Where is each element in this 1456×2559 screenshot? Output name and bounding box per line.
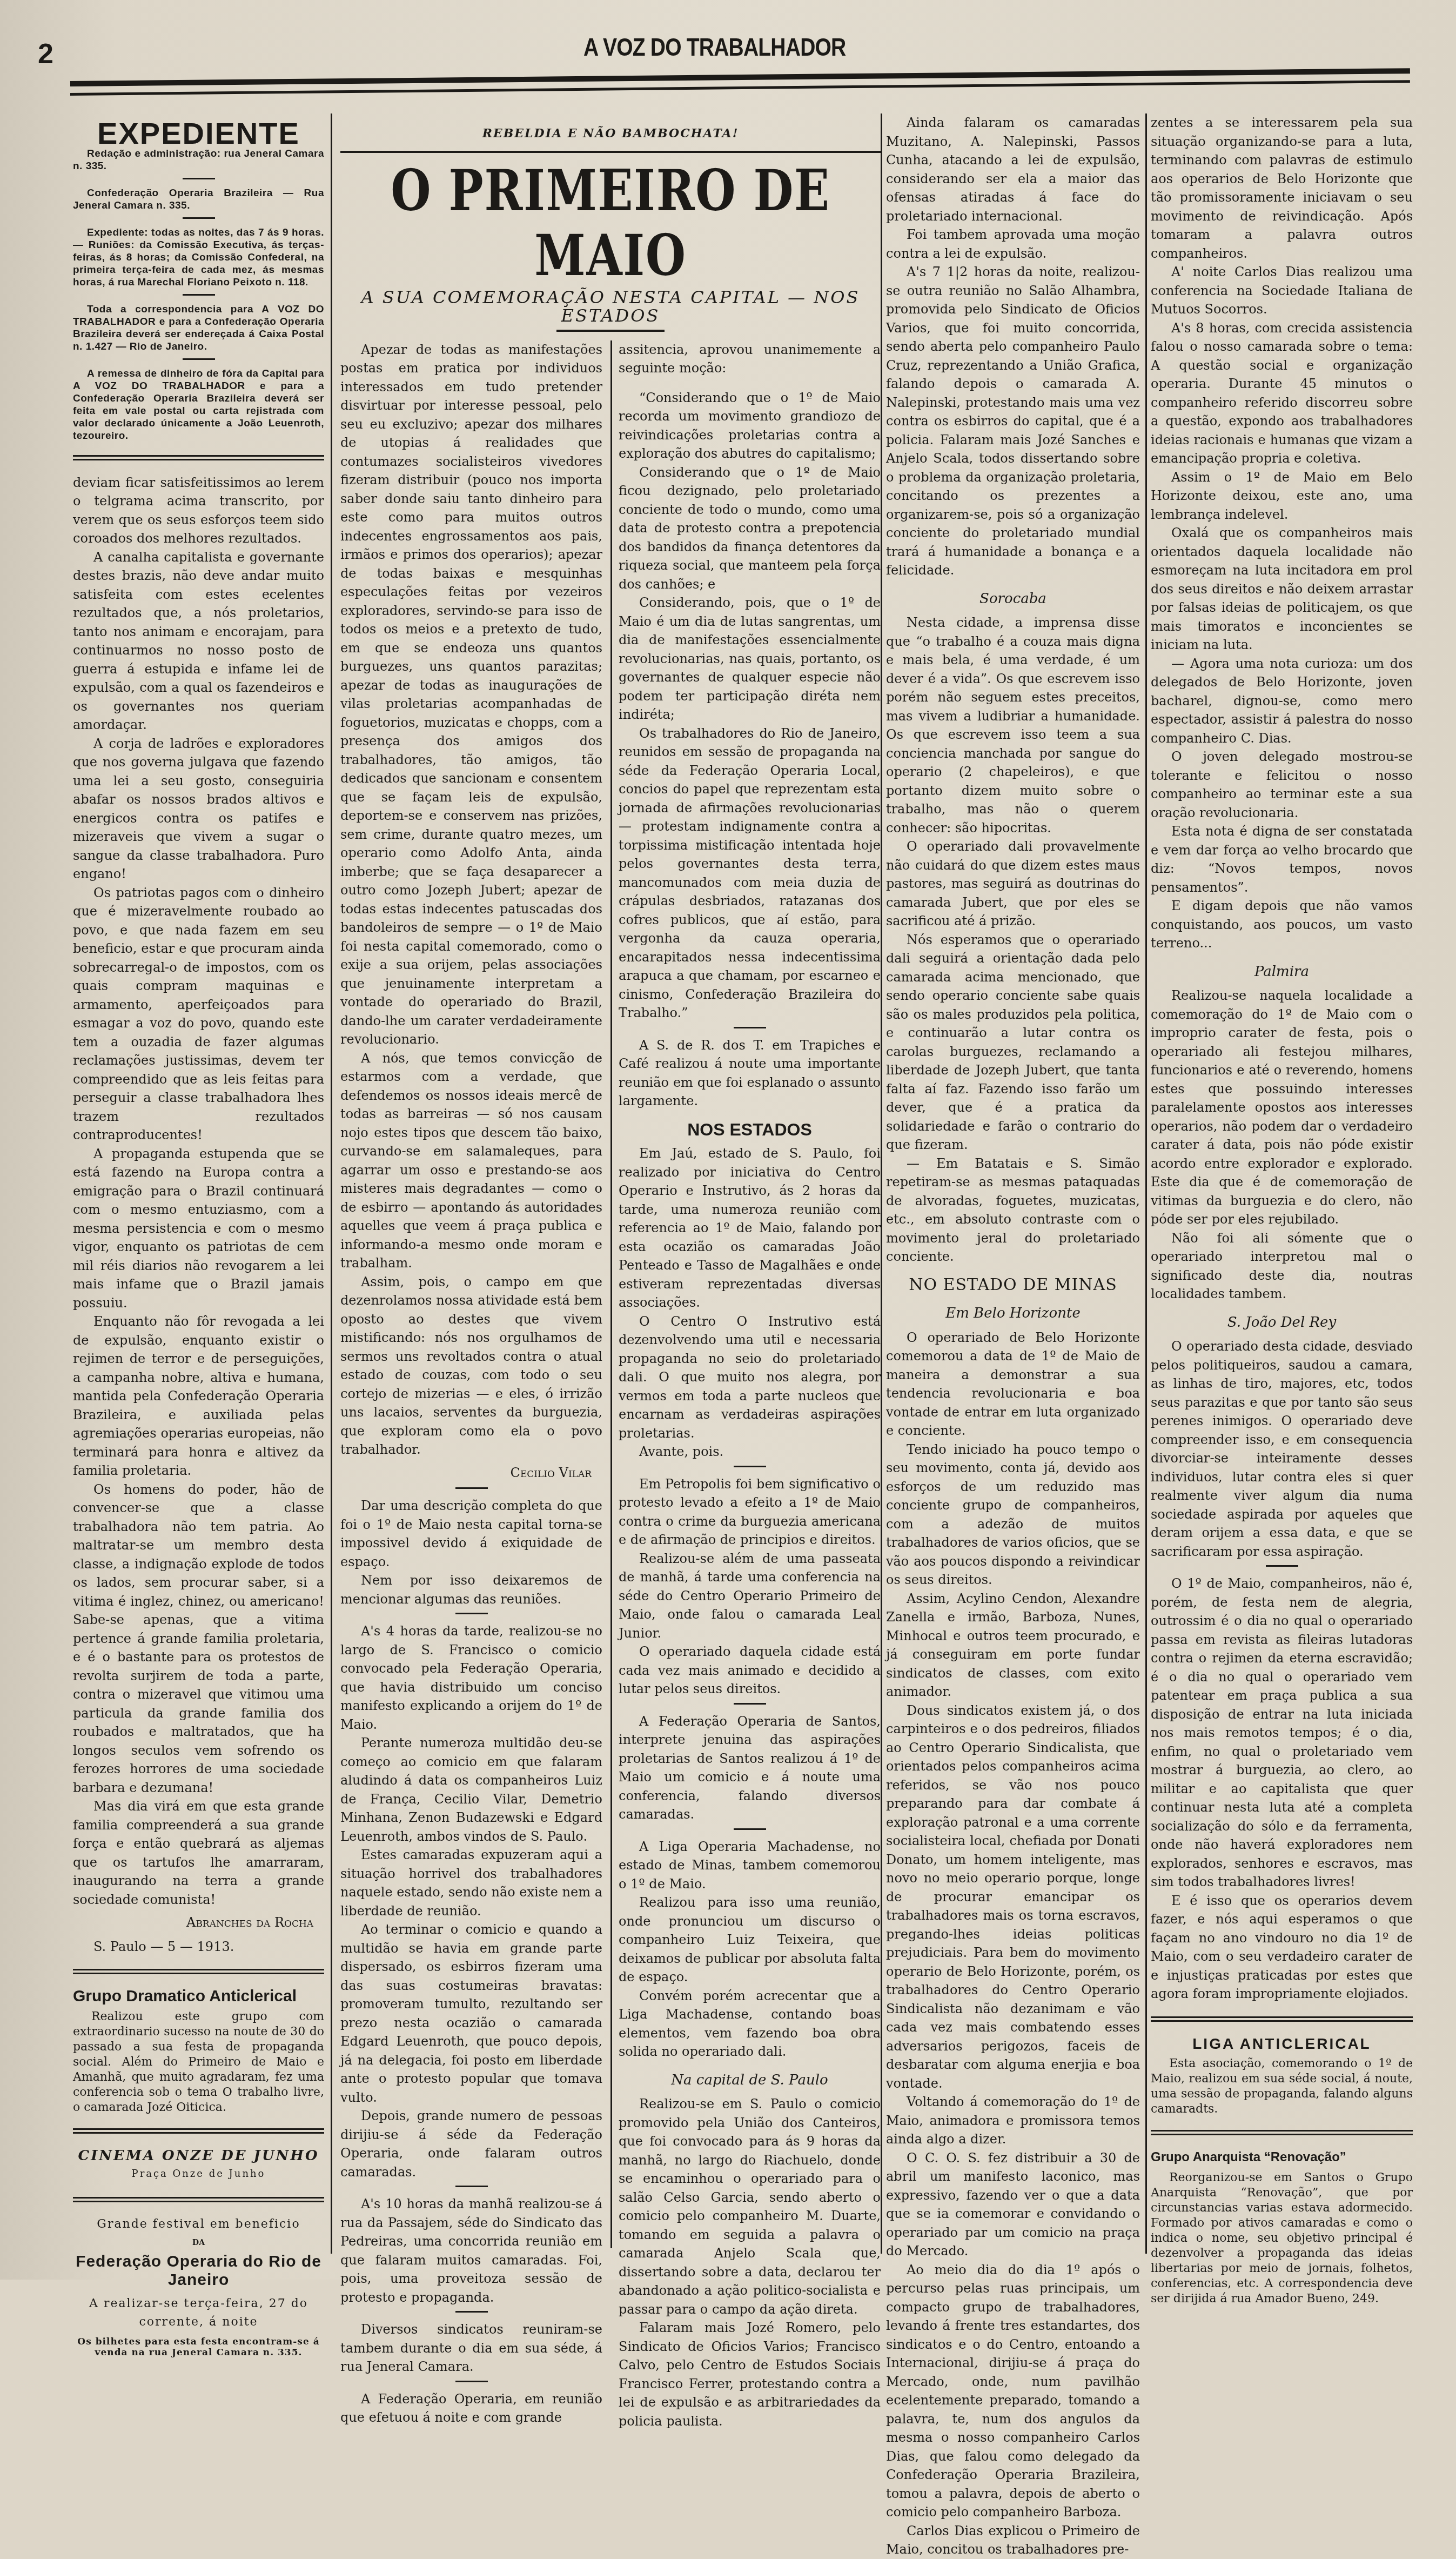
article-paragraph: A Federação Operaria de Santos, interpre…: [619, 1712, 881, 1824]
article-paragraph: O operariado de Belo Horizonte comemorou…: [886, 1328, 1140, 1440]
subheading-belo-horizonte: Em Belo Horizonte: [886, 1304, 1140, 1323]
festival-organization: Federação Operaria do Rio de Janeiro: [73, 2253, 324, 2280]
article-paragraph: A Liga Operaria Machadense, no estado de…: [619, 1838, 881, 1894]
article-paragraph: — Em Batatais e S. Simão repetiram-se as…: [886, 1154, 1140, 1266]
column-1: EXPEDIENTE Redação e administração: rua …: [73, 113, 324, 2280]
short-divider: [183, 217, 215, 219]
article-paragraph: A's 8 horas, com crecida assistencia fal…: [1151, 319, 1413, 468]
article-paragraph: zentes a se interessarem pela sua situaç…: [1151, 113, 1413, 263]
section-divider: [73, 2128, 324, 2134]
expediente-title: EXPEDIENTE: [73, 124, 324, 143]
article-paragraph: Assim o 1º de Maio em Belo Horizonte dei…: [1151, 468, 1413, 524]
article-paragraph: Não foi ali sómente que o operariado int…: [1151, 1229, 1413, 1304]
deck-rule: [556, 330, 665, 332]
article-paragraph: A propaganda estupenda que se está fazen…: [73, 1145, 324, 1313]
notice-title: LIGA ANTICLERICAL: [1151, 2035, 1413, 2054]
column-4: zentes a se interessarem pela sua situaç…: [1151, 113, 1413, 2280]
article-paragraph: A nós, que temos convicção de estarmos c…: [340, 1049, 602, 1273]
article-paragraph: Os patriotas pagos com o dinheiro que é …: [73, 884, 324, 1145]
section-heading-nos-estados: NOS ESTADOS: [619, 1120, 881, 1139]
section-divider: [73, 1969, 324, 1974]
article-paragraph: Enquanto não fôr revogada a lei de expul…: [73, 1312, 324, 1480]
article-paragraph: Esta nota é digna de ser constatada e ve…: [1151, 822, 1413, 897]
short-divider: [183, 294, 215, 296]
article-paragraph: O Centro O Instrutivo está dezenvolvendo…: [619, 1312, 881, 1443]
article-paragraph: O operariado desta cidade, desviado pelo…: [1151, 1337, 1413, 1561]
article-paragraph: Assim, pois, o campo em que dezenrolamos…: [340, 1273, 602, 1459]
festival-ad: Grande festival em beneficio DA Federaçã…: [73, 2215, 324, 2280]
expediente-item: Toda a correspondencia para A VOZ DO TRA…: [73, 303, 324, 353]
article-paragraph: Os homens do poder, hão de convencer-se …: [73, 1480, 324, 1798]
section-heading-minas: NO ESTADO DE MINAS: [886, 1276, 1140, 1295]
notice-text: Reorganizou-se em Santos o Grupo Anarqui…: [1151, 2170, 1413, 2280]
expediente-item: Expediente: todas as noites, das 7 ás 9 …: [73, 226, 324, 289]
author-signature: Cecilio Vilar: [340, 1464, 592, 1482]
motion-paragraph: “Considerando que o 1º de Maio recorda u…: [619, 389, 881, 463]
article-paragraph: Mas dia virá em que esta grande familia …: [73, 1797, 324, 1909]
article-paragraph: Perante numeroza multidão deu-se começo …: [340, 1734, 602, 1846]
short-divider: [183, 178, 215, 179]
article-paragraph: E digam depois que não vamos conquistand…: [1151, 897, 1413, 953]
subheading-sao-joao-del-rey: S. João Del Rey: [1151, 1313, 1413, 1332]
cinema-address: Praça Onze de Junho: [73, 2165, 324, 2184]
expediente-item: Redação e administração: rua Jeneral Cam…: [73, 148, 324, 172]
article-paragraph: Estes camaradas expuzeram aqui a situaçã…: [340, 1846, 602, 1920]
notice-title: Grupo Anarquista “Renovação”: [1151, 2148, 1413, 2167]
article-paragraph: Ao terminar o comicio e quando a multidã…: [340, 1920, 602, 2107]
article-paragraph: A's 10 horas da manhã realizou-se á rua …: [340, 2195, 602, 2280]
expediente-box: EXPEDIENTE Redação e administração: rua …: [73, 124, 324, 442]
subheading-palmira: Palmira: [1151, 963, 1413, 981]
article-paragraph: assitencia, aprovou unanimemente a segui…: [619, 340, 881, 378]
article-paragraph: Realizou-se além de uma passeata de manh…: [619, 1549, 881, 1643]
main-article-subcolumn-b: assitencia, aprovou unanimemente a segui…: [619, 340, 881, 2280]
column-divider: [1145, 113, 1147, 2254]
article-paragraph: Oxalá que os companheiros mais orientado…: [1151, 524, 1413, 654]
notice-text: Esta asociação, comemorando o 1º de Maio…: [1151, 2056, 1413, 2117]
article-paragraph: Avante, pois.: [619, 1442, 881, 1461]
page-number: 2: [38, 38, 53, 70]
grupo-dramatico-notice: Grupo Dramatico Anticlerical Realizou es…: [73, 1987, 324, 2115]
newspaper-page: 2 A VOZ DO TRABALHADOR EXPEDIENTE Redaçã…: [0, 0, 1456, 2280]
article-paragraph: Tendo iniciado ha pouco tempo o seu movi…: [886, 1440, 1140, 1589]
headline-rule: [340, 151, 881, 153]
short-divider: [734, 1703, 766, 1705]
notice-title: Grupo Dramatico Anticlerical: [73, 1987, 324, 2006]
article-paragraph: O joven delegado mostrou-se tolerante e …: [1151, 747, 1413, 822]
expediente-item: A remessa de dinheiro de fóra da Capital…: [73, 368, 324, 442]
column-3: Ainda falaram os camaradas Muzitano, A. …: [886, 113, 1140, 2280]
short-divider: [734, 1828, 766, 1830]
article-paragraph: O C. O. S. fez distribuir a 30 de abril …: [886, 2149, 1140, 2261]
section-divider: [73, 455, 324, 460]
article-paragraph: O 1º de Maio, companheiros, não é, porém…: [1151, 1574, 1413, 1892]
short-divider: [734, 1027, 766, 1028]
article-paragraph: Ao meio dia do dia 1º após o percurso pe…: [886, 2261, 1140, 2280]
short-divider: [455, 1613, 488, 1614]
motion-paragraph: Os trabalhadores do Rio de Janeiro, reun…: [619, 724, 881, 1023]
article-paragraph: — Agora uma nota curioza: um dos delegad…: [1151, 654, 1413, 748]
newspaper-title: A VOZ DO TRABALHADOR: [583, 32, 846, 62]
short-divider: [1266, 1565, 1298, 1567]
article-headline: O PRIMEIRO DE MAIO: [385, 158, 836, 288]
section-divider: [73, 2197, 324, 2202]
grupo-renovacao-notice: Grupo Anarquista “Renovação” Reorganizou…: [1151, 2148, 1413, 2280]
article-paragraph: Assim, Acylino Cendon, Alexandre Zanella…: [886, 1589, 1140, 1701]
article-paragraph: Nem por isso deixaremos de mencionar alg…: [340, 1571, 602, 1608]
expediente-item: Confederação Operaria Brazileira — Rua J…: [73, 187, 324, 212]
notice-text: Realizou este grupo com extraordinario s…: [73, 2009, 324, 2115]
article-paragraph: Ainda falaram os camaradas Muzitano, A. …: [886, 113, 1140, 225]
article-paragraph: A' noite Carlos Dias realizou uma confer…: [1151, 263, 1413, 319]
subcolumn-divider: [610, 340, 612, 2248]
article-paragraph: Realizou-se naquela localidade a comemor…: [1151, 986, 1413, 1229]
article-continuation: deviam ficar satisfeitissimos ao lerem o…: [73, 473, 324, 1956]
article-paragraph: Realizou para isso uma reunião, onde pro…: [619, 1893, 881, 1987]
section-divider: [1151, 2130, 1413, 2135]
article-paragraph: Realizou-se em S. Paulo o comicio promov…: [619, 2095, 881, 2280]
short-divider: [455, 1487, 488, 1489]
liga-anticlerical-notice: LIGA ANTICLERICAL Esta asociação, comemo…: [1151, 2035, 1413, 2117]
column-2-main-article: REBELDIA E NÃO BAMBOCHATA! O PRIMEIRO DE…: [335, 113, 886, 340]
short-divider: [183, 358, 215, 360]
section-divider: [1151, 2016, 1413, 2022]
dateline: S. Paulo — 5 — 1913.: [73, 1937, 324, 1956]
motion-paragraph: Considerando que o 1º de Maio ficou dezi…: [619, 463, 881, 594]
festival-line: Grande festival em beneficio: [73, 2215, 324, 2234]
article-paragraph: A S. de R. dos T. em Trapiches e Café re…: [619, 1036, 881, 1111]
article-kicker: REBELDIA E NÃO BAMBOCHATA!: [335, 124, 886, 143]
article-paragraph: deviam ficar satisfeitissimos ao lerem o…: [73, 473, 324, 548]
festival-da: DA: [73, 2234, 324, 2253]
subheading-sorocaba: Sorocaba: [886, 590, 1140, 609]
cinema-ad: CINEMA ONZE DE JUNHO Praça Onze de Junho: [73, 2147, 324, 2184]
column-divider: [331, 113, 332, 2254]
main-article-subcolumn-a: Apezar de todas as manifestações postas …: [340, 340, 602, 2280]
article-paragraph: Em Petropolis foi bem significativo o pr…: [619, 1475, 881, 1549]
motion-paragraph: Considerando, pois, que o 1º de Maio é u…: [619, 593, 881, 724]
article-paragraph: A's 4 horas da tarde, realizou-se no lar…: [340, 1622, 602, 1734]
article-paragraph: Nesta cidade, a imprensa disse que “o tr…: [886, 613, 1140, 837]
column-divider: [881, 113, 882, 2254]
article-paragraph: Nós esperamos que o operariado dali segu…: [886, 931, 1140, 1154]
article-paragraph: Em Jaú, estado de S. Paulo, foi realizad…: [619, 1144, 881, 1312]
article-deck: A SUA COMEMORAÇÃO NESTA CAPITAL — NOS ES…: [335, 288, 886, 325]
author-signature: Abranches da Rocha: [73, 1913, 313, 1932]
article-paragraph: Foi tambem aprovada uma moção contra a l…: [886, 225, 1140, 263]
article-paragraph: Apezar de todas as manifestações postas …: [340, 340, 602, 1049]
short-divider: [455, 2186, 488, 2187]
article-paragraph: A corja de ladrões e exploradores que no…: [73, 734, 324, 884]
article-paragraph: Dous sindicatos existem já, o dos carpin…: [886, 1701, 1140, 2093]
article-paragraph: Voltando á comemoração do 1º de Maio, an…: [886, 2093, 1140, 2149]
article-paragraph: A canalha capitalista e governante deste…: [73, 548, 324, 734]
article-paragraph: O operariado daquela cidade está cada ve…: [619, 1642, 881, 1699]
article-paragraph: Depois, grande numero de pessoas dirijiu…: [340, 2107, 602, 2181]
article-paragraph: E é isso que os operarios devem fazer, e…: [1151, 1892, 1413, 2003]
article-paragraph: Dar uma descrição completa do que foi o …: [340, 1496, 602, 1571]
cinema-title: CINEMA ONZE DE JUNHO: [73, 2147, 324, 2166]
subheading-sao-paulo: Na capital de S. Paulo: [619, 2071, 881, 2090]
article-paragraph: Convém porém acrecentar que a Liga Macha…: [619, 1987, 881, 2061]
article-paragraph: A's 7 1|2 horas da noite, realizou-se ou…: [886, 263, 1140, 580]
article-paragraph: O operariado dali provavelmente não cuid…: [886, 837, 1140, 931]
short-divider: [734, 1466, 766, 1467]
